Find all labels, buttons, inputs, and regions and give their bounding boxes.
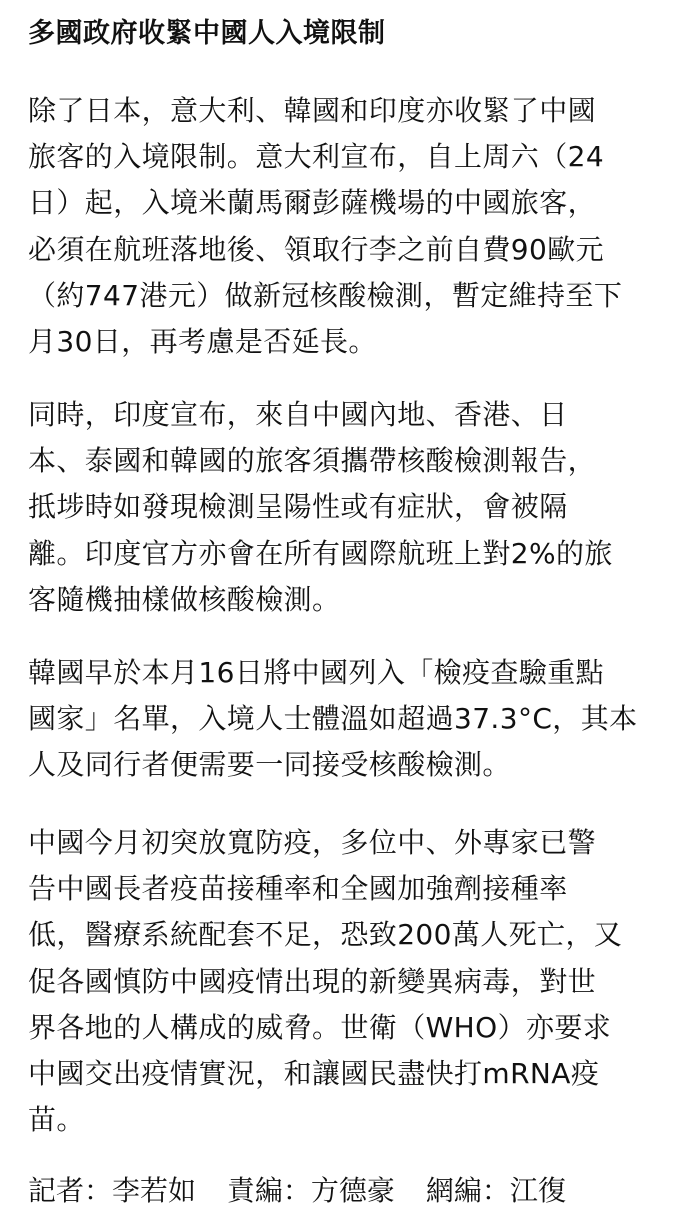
text-line: 除了日本，意大利、韓國和印度亦收緊了中國 bbox=[28, 88, 622, 134]
text-line: 界各地的人構成的威脅。世衛（WHO）亦要求 bbox=[28, 1005, 622, 1051]
text-line: 中國今月初突放寬防疫，多位中、外專家已警 bbox=[28, 820, 622, 866]
credit-web-editor: 網編：江復 bbox=[426, 1168, 566, 1214]
text-line: 告中國長者疫苗接種率和全國加強劑接種率 bbox=[28, 866, 622, 912]
text-line: 國家」名單，入境人士體溫如超過37.3°C，其本 bbox=[28, 696, 638, 742]
credit-editor: 責編：方德豪 bbox=[227, 1168, 395, 1214]
text-line: 抵埗時如發現檢測呈陽性或有症狀，會被隔 bbox=[28, 484, 613, 530]
text-line: 苗。 bbox=[28, 1097, 622, 1143]
text-line: 低，醫療系統配套不足，恐致200萬人死亡，又 bbox=[28, 912, 622, 958]
text-line: 中國交出疫情實況，和讓國民盡快打mRNA疫 bbox=[28, 1051, 622, 1097]
text-line: 必須在航班落地後、領取行李之前自費90歐元 bbox=[28, 227, 622, 273]
text-line: 韓國早於本月16日將中國列入「檢疫查驗重點 bbox=[28, 650, 638, 696]
paragraph-3: 韓國早於本月16日將中國列入「檢疫查驗重點 國家」名單，入境人士體溫如超過37.… bbox=[28, 650, 638, 789]
text-line: 本、泰國和韓國的旅客須攜帶核酸檢測報告， bbox=[28, 438, 613, 484]
article-title: 多國政府收緊中國人入境限制 bbox=[28, 14, 386, 54]
text-line: 促各國慎防中國疫情出現的新變異病毒，對世 bbox=[28, 959, 622, 1005]
text-line: 日）起，入境米蘭馬爾彭薩機場的中國旅客， bbox=[28, 180, 622, 226]
text-line: 人及同行者便需要一同接受核酸檢測。 bbox=[28, 742, 638, 788]
paragraph-1: 除了日本，意大利、韓國和印度亦收緊了中國 旅客的入境限制。意大利宣布，自上周六（… bbox=[28, 88, 622, 365]
paragraph-2: 同時，印度宣布，來自中國內地、香港、日 本、泰國和韓國的旅客須攜帶核酸檢測報告，… bbox=[28, 392, 613, 623]
text-line: 同時，印度宣布，來自中國內地、香港、日 bbox=[28, 392, 613, 438]
text-line: 月30日，再考慮是否延長。 bbox=[28, 319, 622, 365]
paragraph-4: 中國今月初突放寬防疫，多位中、外專家已警 告中國長者疫苗接種率和全國加強劑接種率… bbox=[28, 820, 622, 1143]
text-line: 離。印度官方亦會在所有國際航班上對2%的旅 bbox=[28, 531, 613, 577]
text-line: （約747港元）做新冠核酸檢測，暫定維持至下 bbox=[28, 273, 622, 319]
credit-reporter: 記者：李若如 bbox=[28, 1168, 196, 1214]
article-credits: 記者：李若如 責編：方德豪 網編：江復 bbox=[28, 1168, 588, 1214]
text-line: 旅客的入境限制。意大利宣布，自上周六（24 bbox=[28, 134, 622, 180]
text-line: 客隨機抽樣做核酸檢測。 bbox=[28, 577, 613, 623]
